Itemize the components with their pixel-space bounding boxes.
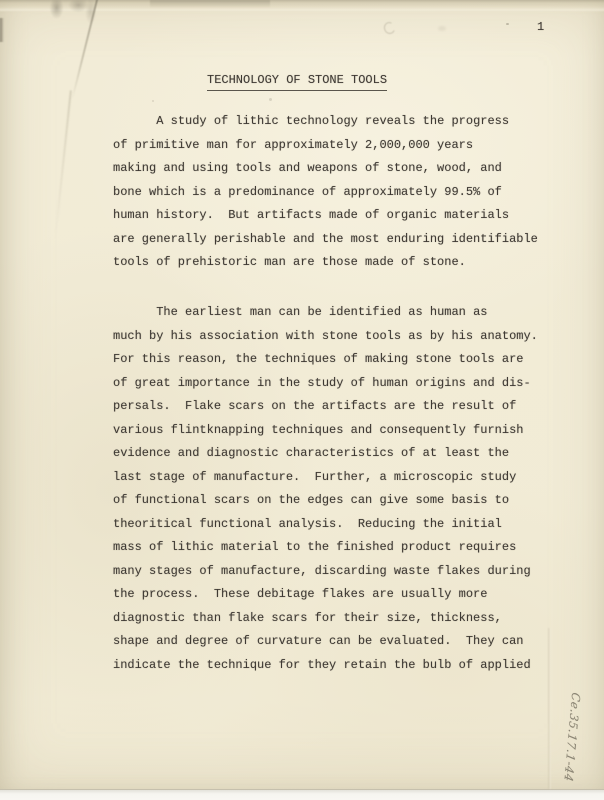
scanner-background <box>0 790 604 800</box>
crease-mark <box>54 90 72 239</box>
handwritten-catalog-number: Ce.35.17.1-44 <box>561 691 583 778</box>
paper-speck <box>269 98 272 101</box>
document-title: TECHNOLOGY OF STONE TOOLS <box>207 73 387 91</box>
paper-speck <box>438 26 446 31</box>
paper-speck <box>506 23 509 25</box>
scanned-document: 1 TECHNOLOGY OF STONE TOOLS A study of l… <box>0 0 604 800</box>
smudge-mark <box>150 0 270 8</box>
paper-speck <box>152 100 154 102</box>
pencil-smudge <box>382 20 396 35</box>
paragraph-1: A study of lithic technology reveals the… <box>113 110 553 275</box>
page-number: 1 <box>537 19 544 35</box>
paper-sheet: 1 TECHNOLOGY OF STONE TOOLS A study of l… <box>0 0 604 790</box>
paragraph-2: The earliest man can be identified as hu… <box>113 301 553 677</box>
paper-edge-nick <box>0 18 4 42</box>
